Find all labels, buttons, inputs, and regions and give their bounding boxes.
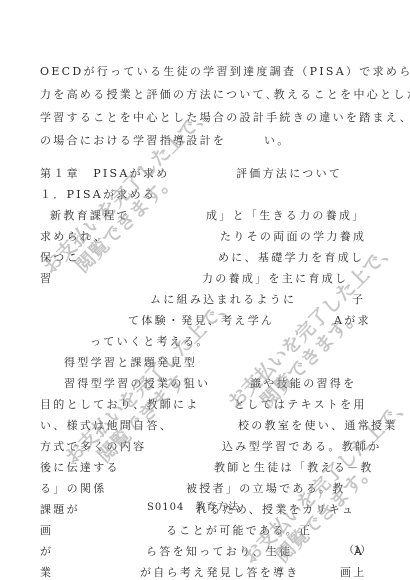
body-line: 成」と「生きる力の養成」 [206,209,366,223]
body-line: めに、基礎学力を育成し [218,251,364,265]
body-line: 業 [40,566,53,580]
prompt-line-2: 力を高める授業と評価の方法について､教えることを中心とした場合と、 [40,88,410,102]
prompt-line-3: 学習することを中心とした場合の設計手続きの違いを踏まえ、それぞれ [40,111,410,125]
body-line: たりその両面の学力養成 [220,230,366,244]
chapter-heading-tail: 評価方法について [236,167,342,181]
document-page: OECDが行っている生徒の学習到達度調査（PISA）で求められている能 力を高め… [0,0,410,580]
body-line: 力の養成」を主に育成し [202,272,348,286]
prompt-line-1: OECDが行っている生徒の学習到達度調査（PISA）で求められている能 [40,65,410,79]
body-line: が [40,545,53,559]
prompt-line-4b: い。 [264,134,291,148]
body-line: 画上 [340,566,367,580]
body-line: る」の関係 [40,482,107,496]
body-line: 課題が [40,503,80,517]
page-number: （1） [344,541,370,556]
body-line: 画 [40,524,53,538]
footer-course-code: S0104 教育方法 [147,498,239,513]
